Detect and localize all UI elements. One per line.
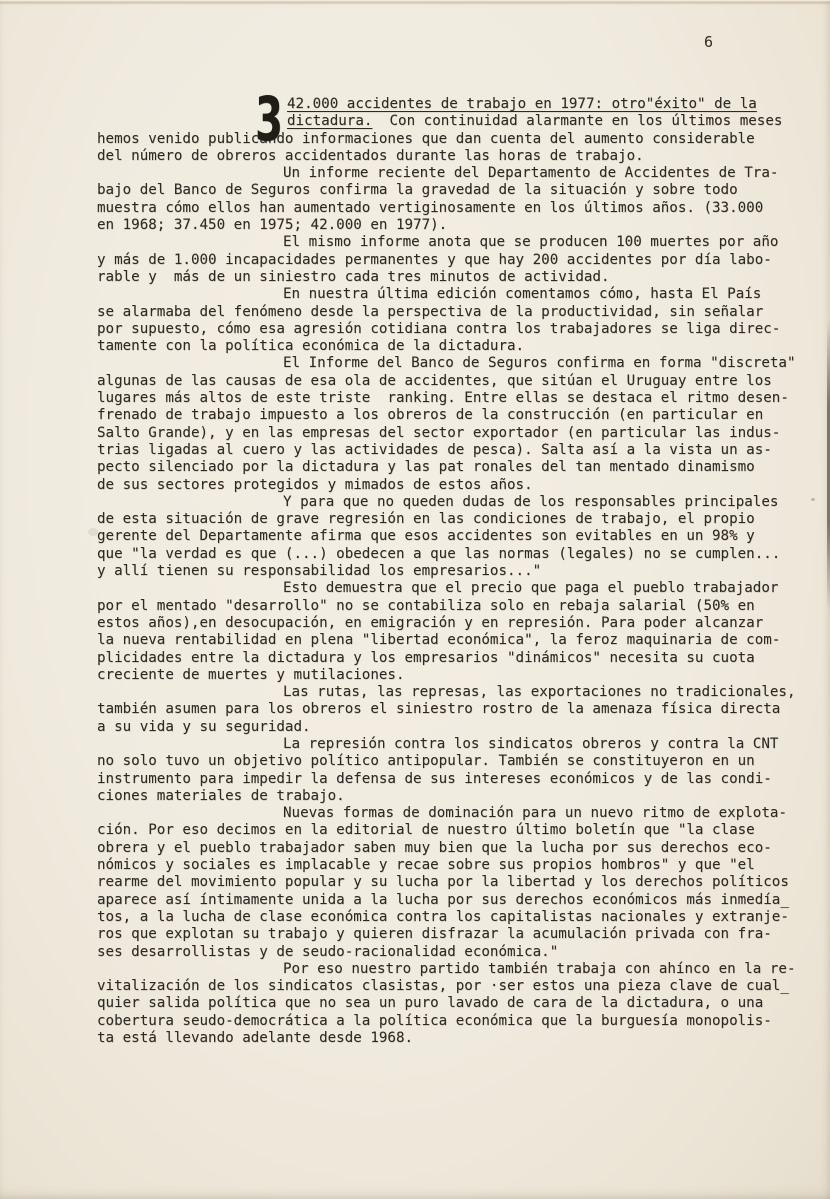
text-line: plicidades entre la dictadura y los empr… (97, 650, 807, 667)
text-line: aparece así íntimamente unida a la lucha… (97, 892, 807, 909)
title-line-1-text: 42.000 accidentes de trabajo en 1977: ot… (287, 96, 757, 112)
text-line: Nuevas formas de dominación para un nuev… (97, 805, 807, 822)
text-line: estos años),en desocupación, en emigraci… (97, 615, 807, 632)
text-line: Por eso nuestro partido también trabaja … (97, 961, 807, 978)
text-line: Las rutas, las represas, las exportacion… (97, 684, 807, 701)
title-line-2-underlined: dictadura. (287, 113, 372, 129)
text-line: también asumen para los obreros el sinie… (97, 701, 807, 718)
text-line: En nuestra última edición comentamos cóm… (97, 286, 807, 303)
text-line: de esta situación de grave regresión en … (97, 511, 807, 528)
text-line: obrera y el pueblo trabajador saben muy … (97, 840, 807, 857)
scan-edge-top (0, 0, 830, 5)
text-line: creciente de muertes y mutilaciones. (97, 667, 807, 684)
text-line: gerente del Departamente afirma que esos… (97, 528, 807, 545)
text-line: El mismo informe anota que se producen 1… (97, 234, 807, 251)
text-line: trias ligadas al cuero y las actividades… (97, 442, 807, 459)
title-line-2-continuation: Con continuidad alarmante en los últimos… (372, 113, 782, 129)
page-number: 6 (704, 33, 714, 51)
text-line: se alarmaba del fenómeno desde la perspe… (97, 304, 807, 321)
text-line: ciones materiales de trabajo. (97, 788, 807, 805)
text-line: muestra cómo ellos han aumentado vertigi… (97, 200, 807, 217)
text-line: a su vida y su seguridad. (97, 719, 807, 736)
text-line: cobertura seudo-democrática a la polític… (97, 1013, 807, 1030)
text-line: ros que explotan su trabajo y quieren di… (97, 926, 807, 943)
article-title: 3 42.000 accidentes de trabajo en 1977: … (97, 96, 807, 131)
text-line: instrumento para impedir la defensa de s… (97, 771, 807, 788)
text-line: vitalización de los sindicatos clasistas… (97, 978, 807, 995)
text-line: Y para que no queden dudas de los respon… (97, 494, 807, 511)
text-line: rable y más de un siniestro cada tres mi… (97, 269, 807, 286)
text-line: tos, a la lucha de clase económica contr… (97, 909, 807, 926)
text-line: no solo tuvo un objetivo político antipo… (97, 753, 807, 770)
text-line: de sus sectores protegidos y mimados de … (97, 477, 807, 494)
text-line: ses desarrollistas y de seudo-racionalid… (97, 944, 807, 961)
text-line: Un informe reciente del Departamento de … (97, 165, 807, 182)
text-line: y más de 1.000 incapacidades permanentes… (97, 252, 807, 269)
text-line: y allí tienen su responsabilidad los emp… (97, 563, 807, 580)
text-line: quier salida política que no sea un puro… (97, 995, 807, 1012)
text-line: rearme del movimiento popular y su lucha… (97, 874, 807, 891)
body-text: hemos venido publicando informaciones qu… (97, 131, 807, 1048)
text-line: por supuesto, cómo esa agresión cotidian… (97, 321, 807, 338)
text-line: lugares más altos de este triste ranking… (97, 390, 807, 407)
text-line: que "la verdad es que (...) obedecen a q… (97, 546, 807, 563)
paper-speck (811, 498, 815, 501)
text-line: ta está llevando adelante desde 1968. (97, 1030, 807, 1047)
text-line: La represión contra los sindicatos obrer… (97, 736, 807, 753)
text-line: ción. Por eso decimos en la editorial de… (97, 822, 807, 839)
text-line: hemos venido publicando informaciones qu… (97, 131, 807, 148)
text-line: frenado de trabajo impuesto a los obrero… (97, 407, 807, 424)
text-line: nómicos y sociales es implacable y recae… (97, 857, 807, 874)
text-line: Esto demuestra que el precio que paga el… (97, 580, 807, 597)
text-line: por el mentado "desarrollo" no se contab… (97, 598, 807, 615)
scanned-page: 6 3 42.000 accidentes de trabajo en 1977… (0, 0, 830, 1199)
text-line: El Informe del Banco de Seguros confirma… (97, 355, 807, 372)
document-body: 3 42.000 accidentes de trabajo en 1977: … (97, 96, 807, 1047)
text-line: tamente con la política económica de la … (97, 338, 807, 355)
title-line-2: dictadura. Con continuidad alarmante en … (97, 113, 807, 130)
text-line: bajo del Banco de Seguros confirma la gr… (97, 182, 807, 199)
title-line-1: 42.000 accidentes de trabajo en 1977: ot… (97, 96, 807, 113)
text-line: pecto silenciado por la dictadura y las … (97, 459, 807, 476)
text-line: en 1968; 37.450 en 1975; 42.000 en 1977)… (97, 217, 807, 234)
text-line: la nueva rentabilidad en plena "libertad… (97, 632, 807, 649)
dropcap-3: 3 (255, 89, 283, 150)
text-line: Salto Grande), y en las empresas del sec… (97, 425, 807, 442)
text-line: del número de obreros accidentados duran… (97, 148, 807, 165)
text-line: algunas de las causas de esa ola de acci… (97, 373, 807, 390)
